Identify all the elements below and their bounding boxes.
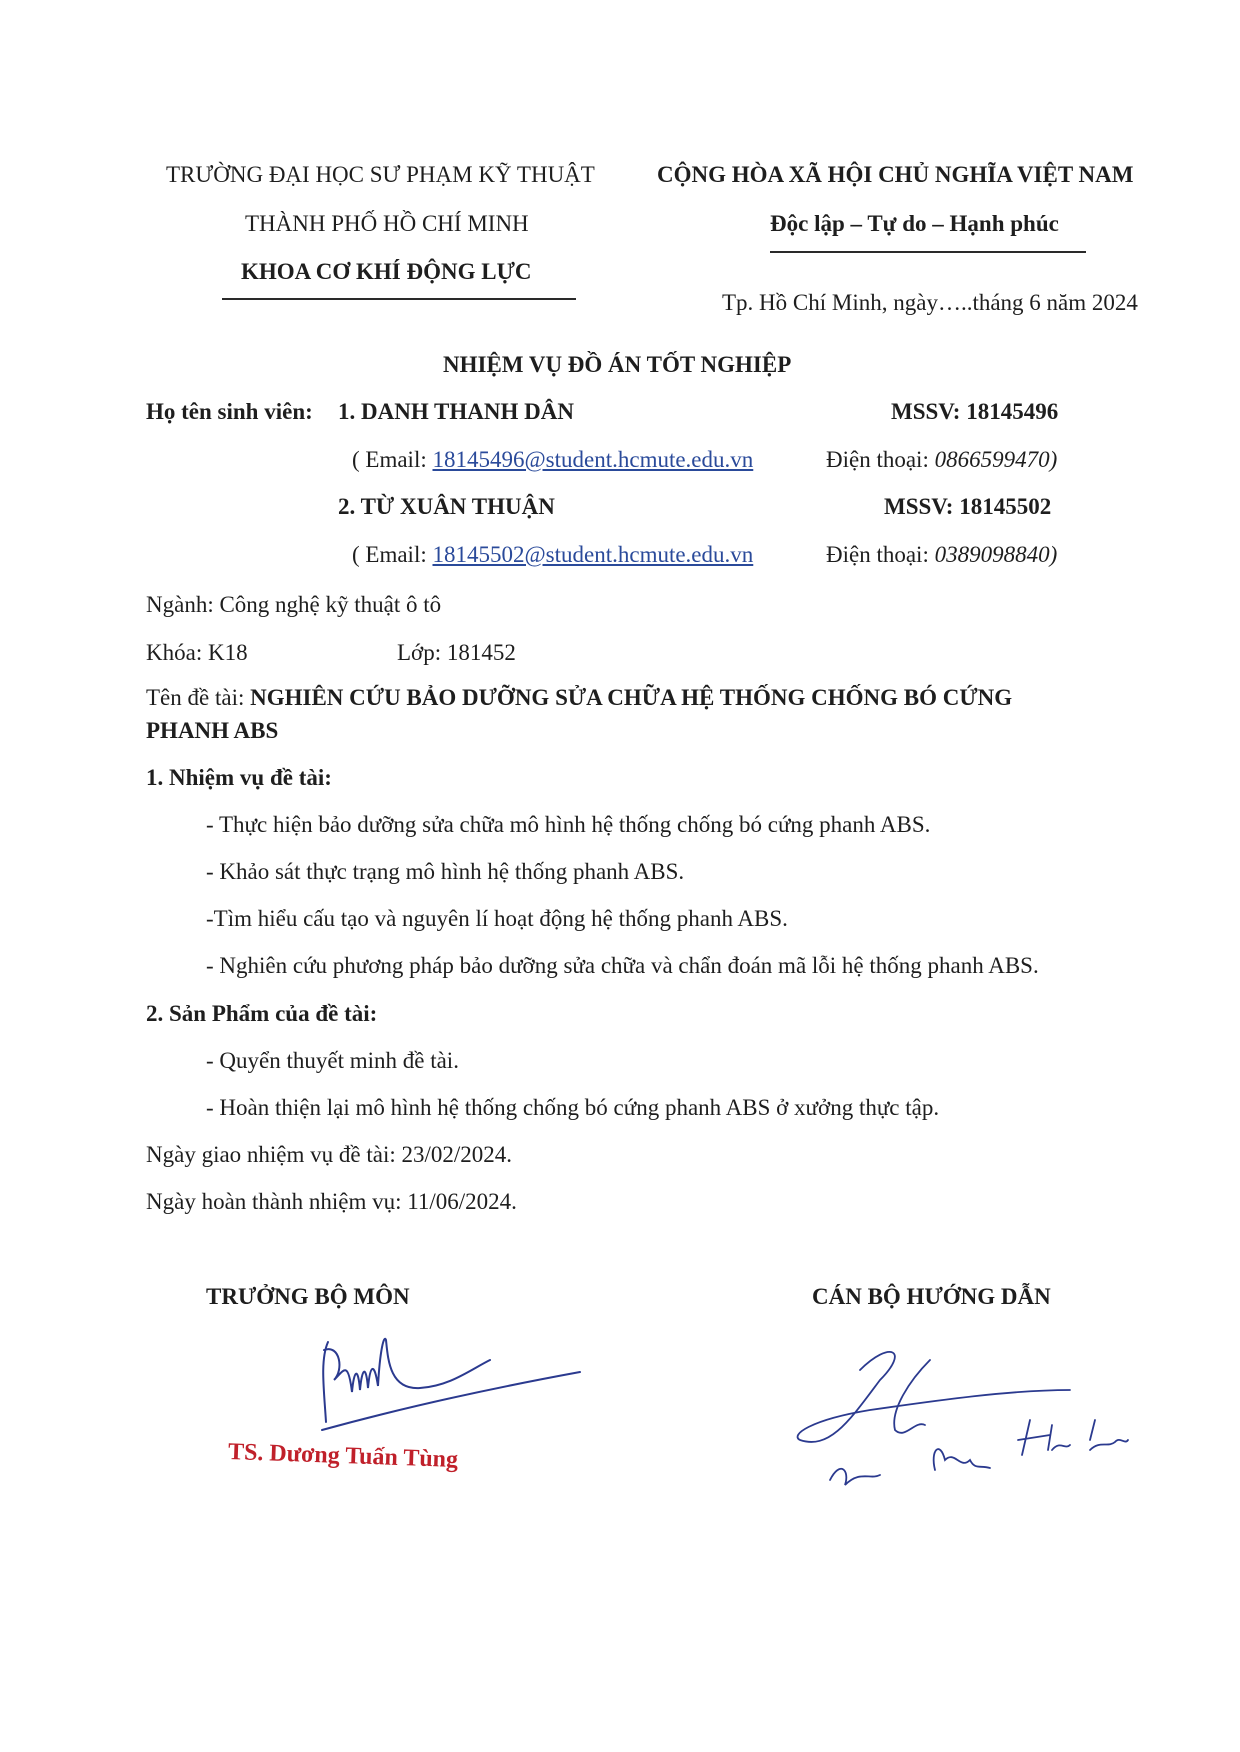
product-item: - Quyển thuyết minh đề tài. xyxy=(206,1048,459,1074)
students-label: Họ tên sinh viên: xyxy=(146,399,313,425)
student-1-phone-line: Điện thoại: 0866599470) xyxy=(826,447,1057,473)
student-1-name: 1. DANH THANH DÂN xyxy=(338,399,574,425)
products-heading: 2. Sản Phẩm của đề tài: xyxy=(146,1001,377,1027)
motto-underline xyxy=(770,251,1086,253)
phone-label: Điện thoại: xyxy=(826,542,935,567)
topic-line-1: Tên đề tài: NGHIÊN CỨU BẢO DƯỠNG SỬA CHỮ… xyxy=(146,685,1012,711)
national-title: CỘNG HÒA XÃ HỘI CHỦ NGHĨA VIỆT NAM xyxy=(657,162,1133,188)
student-2-email-line: ( Email: 18145502@student.hcmute.edu.vn xyxy=(352,542,753,568)
course: Khóa: K18 xyxy=(146,640,248,666)
student-2-phone-line: Điện thoại: 0389098840) xyxy=(826,542,1057,568)
faculty-name: KHOA CƠ KHÍ ĐỘNG LỰC xyxy=(241,259,532,285)
assigned-date: Ngày giao nhiệm vụ đề tài: 23/02/2024. xyxy=(146,1142,512,1168)
topic-label: Tên đề tài: xyxy=(146,685,250,710)
school-name: TRƯỜNG ĐẠI HỌC SƯ PHẠM KỸ THUẬT xyxy=(166,162,595,188)
head-of-department-role: TRƯỞNG BỘ MÔN xyxy=(206,1284,410,1310)
class: Lớp: 181452 xyxy=(397,640,516,666)
task-item: -Tìm hiểu cấu tạo và nguyên lí hoạt động… xyxy=(206,906,788,932)
document-title: NHIỆM VỤ ĐỒ ÁN TỐT NGHIỆP xyxy=(443,352,791,378)
task-item: - Thực hiện bảo dưỡng sửa chữa mô hình h… xyxy=(206,812,930,838)
supervisor-signature xyxy=(790,1340,1130,1490)
email-prefix: ( Email: xyxy=(352,447,432,472)
student-1-mssv: MSSV: 18145496 xyxy=(891,399,1058,425)
student-2-name: 2. TỪ XUÂN THUẬN xyxy=(338,494,555,520)
student-1-email-line: ( Email: 18145496@student.hcmute.edu.vn xyxy=(352,447,753,473)
phone-label: Điện thoại: xyxy=(826,447,935,472)
product-item: - Hoàn thiện lại mô hình hệ thống chống … xyxy=(206,1095,939,1121)
topic-title: NGHIÊN CỨU BẢO DƯỠNG SỬA CHỮA HỆ THỐNG C… xyxy=(250,685,1012,710)
tasks-heading: 1. Nhiệm vụ đề tài: xyxy=(146,765,332,791)
head-of-department-signature xyxy=(300,1330,620,1450)
supervisor-role: CÁN BỘ HƯỚNG DẪN xyxy=(812,1284,1051,1310)
city-name: THÀNH PHỐ HỒ CHÍ MINH xyxy=(245,211,529,237)
student-2-mssv: MSSV: 18145502 xyxy=(884,494,1051,520)
email-prefix: ( Email: xyxy=(352,542,432,567)
completed-date: Ngày hoàn thành nhiệm vụ: 11/06/2024. xyxy=(146,1189,517,1215)
faculty-underline xyxy=(222,298,576,300)
date-line: Tp. Hồ Chí Minh, ngày…..tháng 6 năm 2024 xyxy=(722,290,1138,316)
topic-line-2: PHANH ABS xyxy=(146,718,278,744)
national-motto: Độc lập – Tự do – Hạnh phúc xyxy=(770,211,1059,237)
major: Ngành: Công nghệ kỹ thuật ô tô xyxy=(146,592,441,618)
task-item: - Nghiên cứu phương pháp bảo dưỡng sửa c… xyxy=(206,953,1039,979)
student-2-phone: 0389098840) xyxy=(935,542,1058,567)
student-2-email-link[interactable]: 18145502@student.hcmute.edu.vn xyxy=(432,542,753,567)
student-1-email-link[interactable]: 18145496@student.hcmute.edu.vn xyxy=(432,447,753,472)
task-item: - Khảo sát thực trạng mô hình hệ thống p… xyxy=(206,859,684,885)
student-1-phone: 0866599470) xyxy=(935,447,1058,472)
